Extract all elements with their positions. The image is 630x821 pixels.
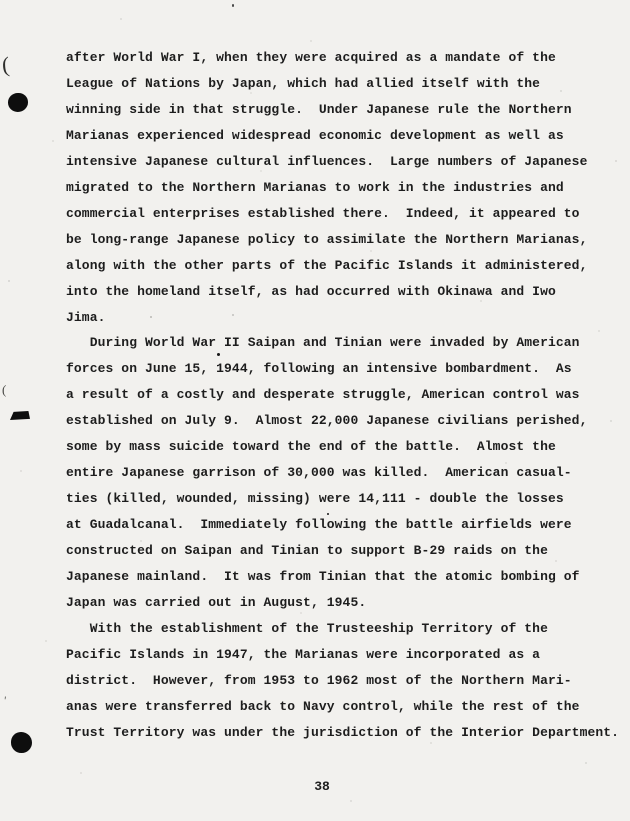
text-line: Trust Territory was under the jurisdicti… [66,720,626,746]
text-line: winning side in that struggle. Under Jap… [66,97,626,123]
text-line: commercial enterprises established there… [66,201,626,227]
ink-speck [232,4,234,7]
paragraph-trusteeship: With the establishment of the Trusteeshi… [66,616,626,746]
punch-hole-mark [11,732,32,753]
page-number: 38 [7,774,630,800]
text-line: a result of a costly and desperate strug… [66,382,626,408]
text-line: into the homeland itself, as had occurre… [66,279,626,305]
handwritten-paren-mark: ( [2,383,6,396]
text-line: Japanese mainland. It was from Tinian th… [66,564,626,590]
text-line: With the establishment of the Trusteeshi… [66,616,626,642]
text-line: Marianas experienced widespread economic… [66,123,626,149]
text-line: be long-range Japanese policy to assimil… [66,227,626,253]
text-line: forces on June 15, 1944, following an in… [66,356,626,382]
paragraph-wwii: During World War II Saipan and Tinian we… [66,330,626,615]
paragraph-continuation: after World War I, when they were acquir… [66,45,626,330]
text-line: Japan was carried out in August, 1945. [66,590,626,616]
text-line: established on July 9. Almost 22,000 Jap… [66,408,626,434]
text-line: League of Nations by Japan, which had al… [66,71,626,97]
text-line: some by mass suicide toward the end of t… [66,434,626,460]
paper-noise [0,0,2,2]
text-line: entire Japanese garrison of 30,000 was k… [66,460,626,486]
handwritten-paren-mark: ( [1,54,10,77]
punch-hole-mark [8,93,28,112]
text-line: anas were transferred back to Navy contr… [66,694,626,720]
text-line: constructed on Saipan and Tinian to supp… [66,538,626,564]
text-line: district. However, from 1953 to 1962 mos… [66,668,626,694]
text-line: along with the other parts of the Pacifi… [66,253,626,279]
body-text: after World War I, when they were acquir… [66,45,626,746]
text-line: ties (killed, wounded, missing) were 14,… [66,486,626,512]
text-line: During World War II Saipan and Tinian we… [66,330,626,356]
margin-tick-mark: ' [1,697,8,707]
ink-dash-mark [10,411,30,420]
text-line: at Guadalcanal. Immediately following th… [66,512,626,538]
text-line: after World War I, when they were acquir… [66,45,626,71]
text-line: Pacific Islands in 1947, the Marianas we… [66,642,626,668]
scanned-document-page: ( ( ' after World War I, when they were … [0,0,630,821]
text-line: migrated to the Northern Marianas to wor… [66,175,626,201]
text-line: intensive Japanese cultural influences. … [66,149,626,175]
text-line: Jima. [66,305,626,331]
